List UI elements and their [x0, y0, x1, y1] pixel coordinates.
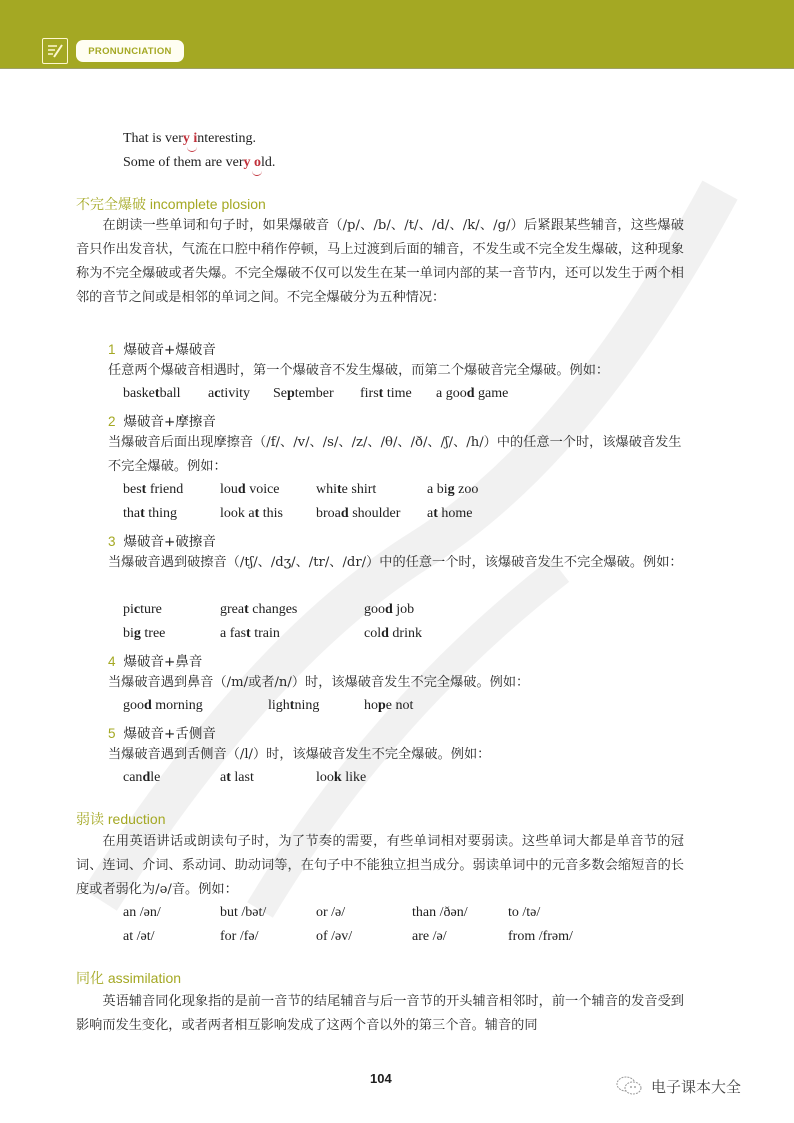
- example-word: activity: [208, 386, 250, 402]
- example-word: a big zoo: [427, 482, 478, 498]
- case-2-heading: 2爆破音+摩擦音: [108, 410, 216, 430]
- example-word: best friend: [123, 482, 183, 498]
- example-word: look like: [316, 770, 366, 786]
- example-word: great changes: [220, 602, 297, 618]
- case-1-heading: 1爆破音+爆破音: [108, 338, 216, 358]
- case-5-description: 当爆破音遇到舌侧音（/l/）时，该爆破音发生不完全爆破。例如：: [108, 743, 688, 767]
- example-word: a fast train: [220, 626, 280, 642]
- case-4-heading: 4爆破音+鼻音: [108, 650, 202, 670]
- reduction-word: than /ðən/: [412, 905, 468, 921]
- linking-arc: [187, 145, 197, 152]
- reduction-word: to /tə/: [508, 905, 540, 921]
- case-3-heading: 3爆破音+破擦音: [108, 530, 216, 550]
- example-word: white shirt: [316, 482, 376, 498]
- example-word: first time: [360, 386, 412, 402]
- reduction-word: are /ə/: [412, 929, 447, 945]
- reduction-intro: 在用英语讲话或朗读句子时，为了节奏的需要，有些单词相对要弱读。这些单词大都是单音…: [76, 830, 684, 902]
- example-word: big tree: [123, 626, 165, 642]
- reduction-word: but /bət/: [220, 905, 266, 921]
- example-word: at home: [427, 506, 473, 522]
- example-word: that thing: [123, 506, 177, 522]
- edit-note-icon: [42, 38, 68, 64]
- section-title-incomplete-plosion: 不完全爆破 incomplete plosion: [76, 194, 266, 214]
- case-3-description: 当爆破音遇到破擦音（/tʃ/、/dʒ/、/tr/、/dr/）中的任意一个时，该爆…: [108, 551, 688, 575]
- incomplete-plosion-intro: 在朗读一些单词和句子时，如果爆破音（/p/、/b/、/t/、/d/、/k/、/g…: [76, 214, 684, 310]
- section-badge: PRONUNCIATION: [76, 40, 184, 62]
- example-word: lightning: [268, 698, 319, 714]
- reduction-word: from /frəm/: [508, 929, 573, 945]
- case-5-heading: 5爆破音+舌侧音: [108, 722, 216, 742]
- example-word: cold drink: [364, 626, 422, 642]
- reduction-word: at /ət/: [123, 929, 155, 945]
- example-word: loud voice: [220, 482, 280, 498]
- section-title-assimilation: 同化 assimilation: [76, 968, 181, 988]
- example-word: candle: [123, 770, 160, 786]
- example-word: look at this: [220, 506, 283, 522]
- example-word: basketball: [123, 386, 181, 402]
- linking-arc: [252, 169, 262, 176]
- example-word: good morning: [123, 698, 203, 714]
- example-word: a good game: [436, 386, 508, 402]
- section-title-reduction: 弱读 reduction: [76, 809, 165, 829]
- reduction-word: for /fə/: [220, 929, 258, 945]
- case-1-description: 任意两个爆破音相遇时，第一个爆破音不发生爆破，而第二个爆破音完全爆破。例如：: [108, 359, 688, 383]
- example-word: hope not: [364, 698, 413, 714]
- page-number: 104: [370, 1071, 392, 1086]
- case-2-description: 当爆破音后面出现摩擦音（/f/、/v/、/s/、/z/、/θ/、/ð/、/ʃ/、…: [108, 431, 688, 479]
- example-word: good job: [364, 602, 414, 618]
- example-word: broad shoulder: [316, 506, 400, 522]
- example-word: September: [273, 386, 334, 402]
- reduction-word: or /ə/: [316, 905, 345, 921]
- example-word: picture: [123, 602, 162, 618]
- assimilation-intro: 英语辅音同化现象指的是前一音节的结尾辅音与后一音节的开头辅音相邻时，前一个辅音的…: [76, 990, 684, 1038]
- case-4-description: 当爆破音遇到鼻音（/m/或者/n/）时，该爆破音发生不完全爆破。例如：: [108, 671, 688, 695]
- page-header-band: PRONUNCIATION: [0, 0, 794, 69]
- reduction-word: of /əv/: [316, 929, 352, 945]
- example-word: at last: [220, 770, 254, 786]
- wechat-icon: [615, 1075, 643, 1097]
- reduction-word: an /ən/: [123, 905, 161, 921]
- source-watermark: 电子课本大全: [615, 1075, 741, 1097]
